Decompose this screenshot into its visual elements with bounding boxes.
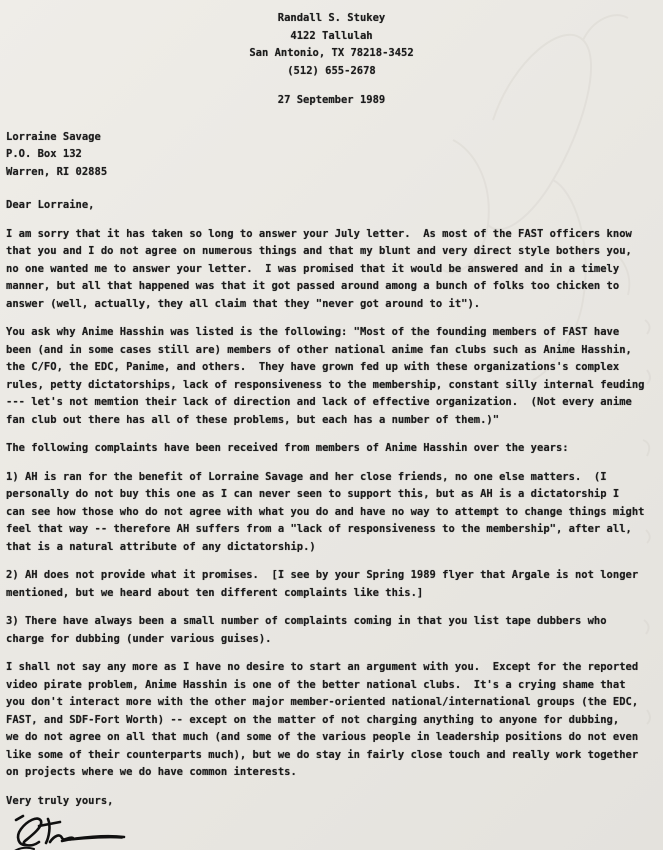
paragraph-complaint-1: 1) AH is ran for the benefit of Lorraine… [6,469,657,557]
letter-date: 27 September 1989 [6,92,657,110]
paragraph-complaint-2: 2) AH does not provide what it promises.… [6,567,657,602]
signature [10,812,657,850]
recipient-name: Lorraine Savage [6,129,657,147]
recipient-block: Lorraine Savage P.O. Box 132 Warren, RI … [6,129,657,182]
paragraph-quote-founding-members: You ask why Anime Hasshin was listed is … [6,324,657,429]
sender-address-line2: San Antonio, TX 78218-3452 [6,45,657,63]
closing-line: Very truly yours, [6,793,657,811]
paragraph-complaints-intro: The following complaints have been recei… [6,440,657,458]
letter-page: Randall S. Stukey 4122 Tallulah San Anto… [0,0,663,850]
sender-phone: (512) 655-2678 [6,63,657,81]
sender-block: Randall S. Stukey 4122 Tallulah San Anto… [6,10,657,80]
paragraph-complaint-3: 3) There have always been a small number… [6,613,657,648]
paragraph-apology: I am sorry that it has taken so long to … [6,226,657,314]
paragraph-closing-remarks: I shall not say any more as I have no de… [6,659,657,782]
recipient-address-line1: P.O. Box 132 [6,146,657,164]
sender-address-line1: 4122 Tallulah [6,28,657,46]
signature-scrawl-icon [10,812,130,850]
salutation: Dear Lorraine, [6,197,657,215]
sender-name: Randall S. Stukey [6,10,657,28]
recipient-address-line2: Warren, RI 02885 [6,164,657,182]
